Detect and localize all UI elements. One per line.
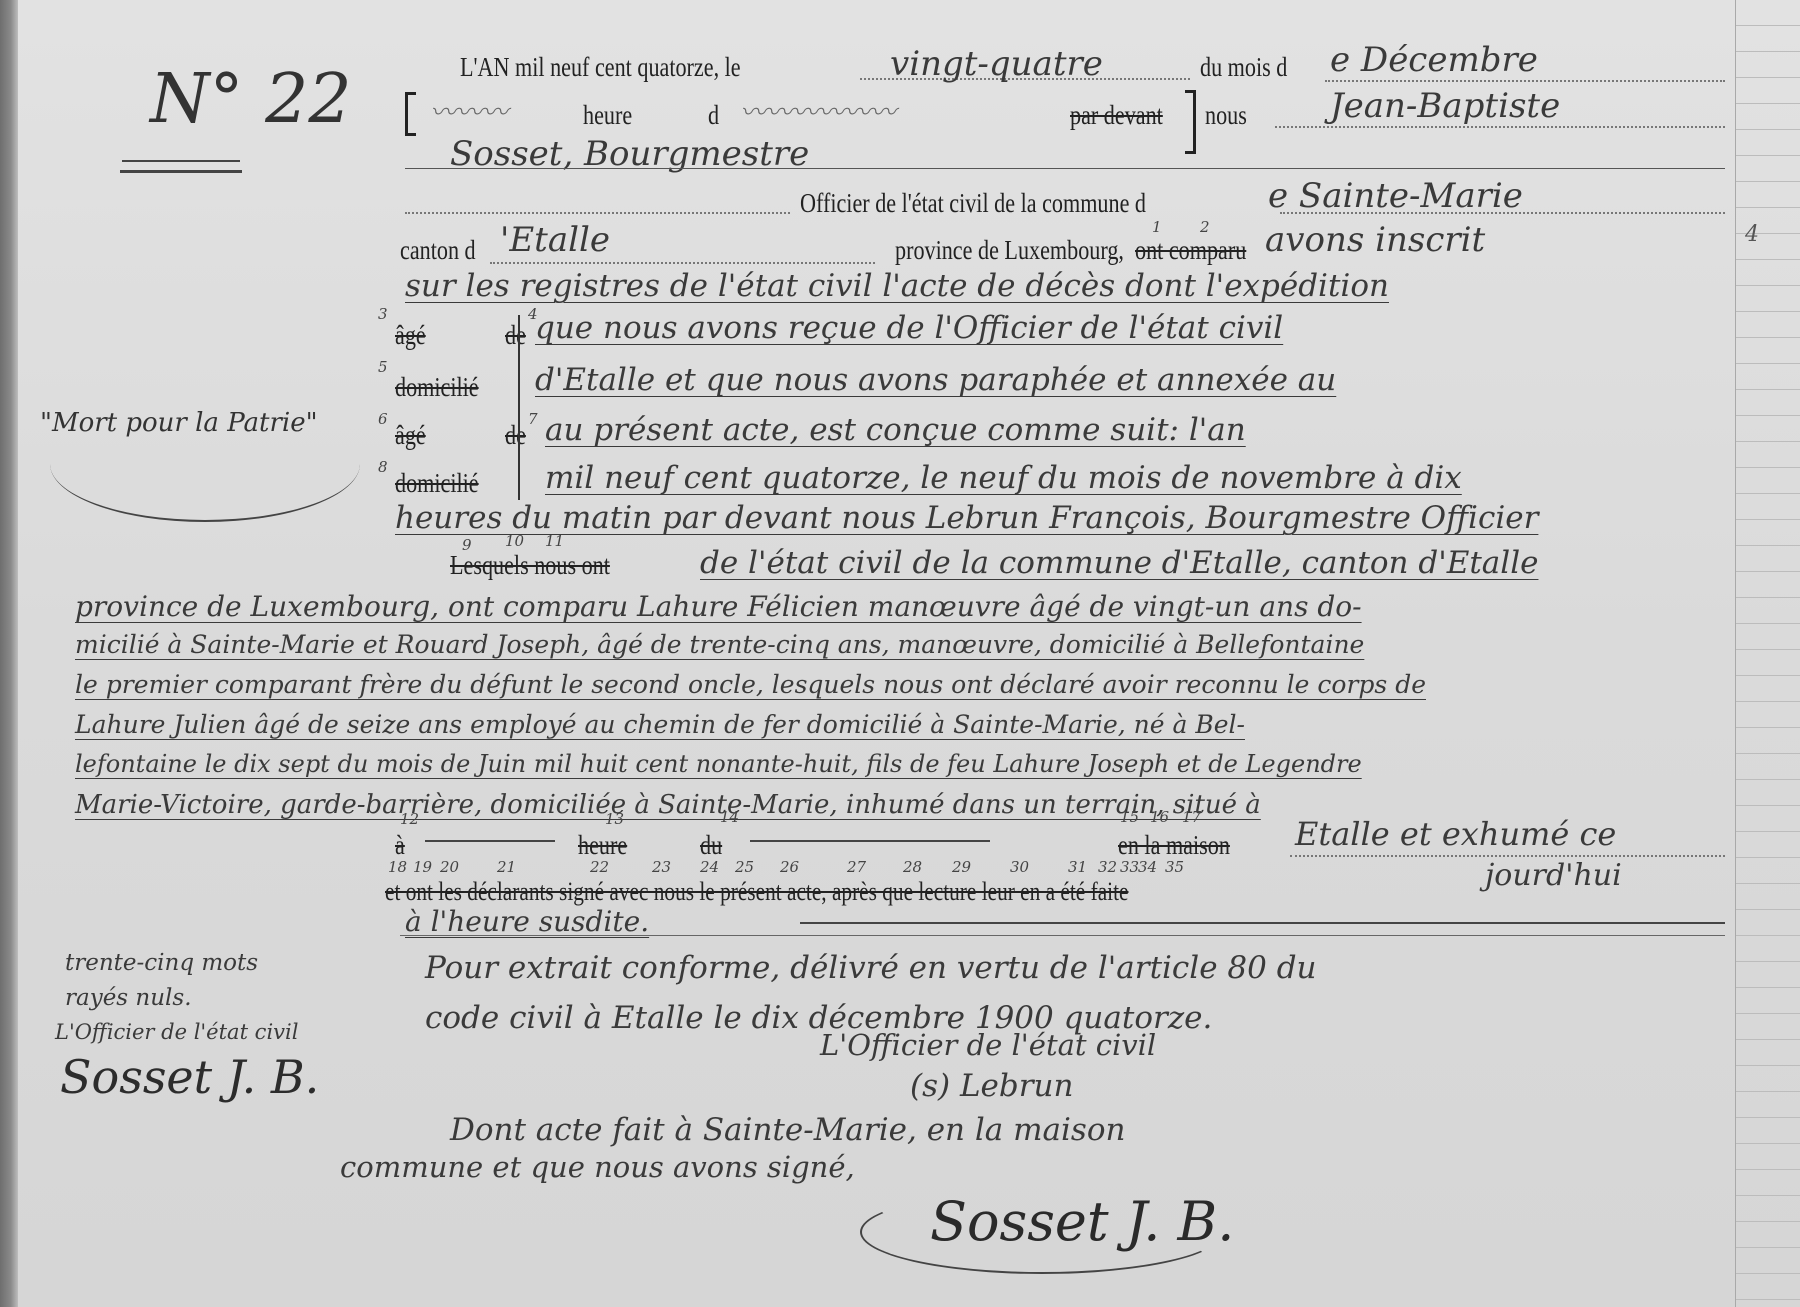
struck-fill-1 bbox=[425, 840, 555, 842]
printed-officier: Officier de l'état civil de la commune d bbox=[800, 188, 1146, 219]
act-number-underline bbox=[122, 160, 240, 162]
bracket-open bbox=[405, 92, 416, 136]
handwritten-month: e Décembre bbox=[1330, 40, 1538, 80]
printed-en-la-maison: en la maison bbox=[1118, 830, 1230, 861]
footnote-34: 34 bbox=[1138, 858, 1157, 876]
footnote-32: 32 bbox=[1098, 858, 1117, 876]
footnote-5: 5 bbox=[378, 358, 388, 376]
printed-ont-comparu: ont comparu bbox=[1135, 235, 1246, 266]
extrait-line-3: L'Officier de l'état civil bbox=[820, 1028, 1156, 1062]
printed-du-mois: du mois d bbox=[1200, 52, 1287, 83]
printed-age-2: âgé bbox=[395, 420, 426, 451]
fill-line-canton bbox=[490, 262, 875, 264]
printed-d: d bbox=[708, 100, 719, 131]
handwritten-commune: e Sainte-Marie bbox=[1268, 176, 1523, 216]
handwritten-line-mil: mil neuf cent quatorze, le neuf du mois … bbox=[545, 460, 1462, 496]
footnote-6: 6 bbox=[378, 410, 388, 428]
handwritten-line-detalle: d'Etalle et que nous avons paraphée et a… bbox=[535, 362, 1336, 398]
extrait-line-4-lebrun: (s) Lebrun bbox=[910, 1068, 1073, 1104]
handwritten-line-present: au présent acte, est conçue comme suit: … bbox=[545, 412, 1246, 448]
margin-note-mort-pour-la-patrie: "Mort pour la Patrie" bbox=[40, 408, 318, 438]
printed-lesquels: Lesquels nous ont bbox=[450, 550, 610, 581]
footnote-29: 29 bbox=[952, 858, 971, 876]
fill-line-officer bbox=[1275, 126, 1725, 128]
printed-nous: nous bbox=[1205, 100, 1247, 131]
footnote-3: 3 bbox=[378, 305, 388, 323]
printed-par-devant: par devant bbox=[1070, 100, 1163, 131]
footnote-33: 33 bbox=[1120, 858, 1139, 876]
printed-a: à bbox=[395, 830, 405, 861]
footnote-14: 14 bbox=[720, 808, 739, 826]
footnote-20: 20 bbox=[440, 858, 459, 876]
block-divider bbox=[518, 315, 520, 500]
handwritten-jourdhui: jourd'hui bbox=[1485, 858, 1622, 893]
footnote-30: 30 bbox=[1010, 858, 1029, 876]
margin-signature-sosset: Sosset J. B. bbox=[60, 1050, 319, 1104]
footnote-24: 24 bbox=[700, 858, 719, 876]
printed-province: province de Luxembourg, bbox=[895, 235, 1124, 266]
footnote-28: 28 bbox=[903, 858, 922, 876]
footnote-15: 15 bbox=[1120, 808, 1139, 826]
handwritten-line-fontaine: lefontaine le dix sept du mois de Juin m… bbox=[75, 750, 1362, 778]
act-number: N° 22 bbox=[150, 60, 352, 139]
printed-heure: heure bbox=[583, 100, 632, 131]
footnote-21: 21 bbox=[497, 858, 516, 876]
footnote-26: 26 bbox=[780, 858, 799, 876]
signature-flourish bbox=[860, 1190, 1224, 1274]
handwritten-line-etat: de l'état civil de la commune d'Etalle, … bbox=[700, 545, 1538, 581]
footnote-16: 16 bbox=[1150, 808, 1169, 826]
printed-domicilie-2: domicilié bbox=[395, 468, 479, 499]
handwritten-avons-inscrit: avons inscrit bbox=[1265, 220, 1485, 260]
handwritten-line-heures: heures du matin par devant nous Lebrun F… bbox=[395, 500, 1538, 536]
bracket-close bbox=[1185, 90, 1196, 154]
printed-canton: canton d bbox=[400, 235, 476, 266]
margin-note-line-1: trente-cinq mots bbox=[65, 950, 258, 976]
handwritten-canton: 'Etalle bbox=[500, 220, 610, 260]
printed-de-1: de bbox=[505, 320, 526, 351]
margin-note-line-2: rayés nuls. bbox=[65, 985, 192, 1011]
footnote-10: 10 bbox=[505, 532, 524, 550]
fill-line-exhume bbox=[1290, 855, 1725, 857]
handwritten-line-sur: sur les registres de l'état civil l'acte… bbox=[405, 268, 1389, 304]
handwritten-line-marie: Marie-Victoire, garde-barrière, domicili… bbox=[75, 790, 1261, 820]
extrait-line-1: Pour extrait conforme, délivré en vertu … bbox=[425, 950, 1317, 986]
dont-acte-line-2: commune et que nous avons signé, bbox=[340, 1150, 855, 1184]
handwritten-line-que: que nous avons reçue de l'Officier de l'… bbox=[535, 310, 1283, 346]
printed-domicilie-1: domicilié bbox=[395, 372, 479, 403]
margin-note-line-3: L'Officier de l'état civil bbox=[55, 1020, 298, 1044]
handwritten-squiggle-2: 〰〰〰〰〰〰 bbox=[740, 92, 896, 129]
footnote-13: 13 bbox=[605, 810, 624, 828]
footnote-35: 35 bbox=[1165, 858, 1184, 876]
footnote-2: 2 bbox=[1200, 218, 1210, 236]
footnote-22: 22 bbox=[590, 858, 609, 876]
footnote-11: 11 bbox=[545, 532, 564, 550]
fill-line-month bbox=[1325, 80, 1725, 82]
footnote-17: 17 bbox=[1182, 808, 1201, 826]
handwritten-squiggle-1: 〰〰〰 bbox=[430, 92, 508, 129]
footnote-27: 27 bbox=[847, 858, 866, 876]
footnote-7: 7 bbox=[528, 410, 538, 428]
ledger-grid-strip bbox=[1735, 0, 1800, 1307]
closing-rule bbox=[800, 922, 1725, 924]
printed-heure-2: heure bbox=[578, 830, 627, 861]
handwritten-officer-name: Jean-Baptiste bbox=[1330, 86, 1560, 126]
closing-rule-2 bbox=[400, 935, 1725, 936]
handwritten-line-lahure: Lahure Julien âgé de seize ans employé a… bbox=[75, 710, 1245, 739]
printed-de-2: de bbox=[505, 420, 526, 451]
footnote-25: 25 bbox=[735, 858, 754, 876]
footnote-1: 1 bbox=[1152, 218, 1162, 236]
struck-fill-2 bbox=[750, 840, 990, 842]
fill-line-officer-prefix bbox=[405, 212, 790, 214]
footnote-19: 19 bbox=[413, 858, 432, 876]
handwritten-line-micilie: micilié à Sainte-Marie et Rouard Joseph,… bbox=[75, 630, 1364, 659]
handwritten-etalle-exhume: Etalle et exhumé ce bbox=[1295, 815, 1616, 853]
footnote-31: 31 bbox=[1068, 858, 1087, 876]
footnote-18: 18 bbox=[388, 858, 407, 876]
printed-du: du bbox=[700, 830, 722, 861]
footnote-12: 12 bbox=[400, 810, 419, 828]
handwritten-heure-susdite: à l'heure susdite. bbox=[405, 905, 649, 938]
handwritten-line-premier: le premier comparant frère du défunt le … bbox=[75, 670, 1426, 699]
act-number-underline-2 bbox=[120, 170, 242, 173]
handwritten-day: vingt-quatre bbox=[890, 44, 1103, 84]
page-binding-edge bbox=[0, 0, 18, 1307]
footnote-23: 23 bbox=[652, 858, 671, 876]
printed-lan: L'AN mil neuf cent quatorze, le bbox=[460, 52, 741, 83]
handwritten-line-province: province de Luxembourg, ont comparu Lahu… bbox=[75, 590, 1362, 623]
footnote-8: 8 bbox=[378, 458, 388, 476]
dont-acte-line-1: Dont acte fait à Sainte-Marie, en la mai… bbox=[450, 1112, 1125, 1148]
printed-age-1: âgé bbox=[395, 320, 426, 351]
printed-declarants-clause: et ont les déclarants signé avec nous le… bbox=[385, 877, 1128, 907]
ledger-mark: 4 bbox=[1745, 222, 1759, 247]
rule-line-3 bbox=[405, 168, 1725, 169]
